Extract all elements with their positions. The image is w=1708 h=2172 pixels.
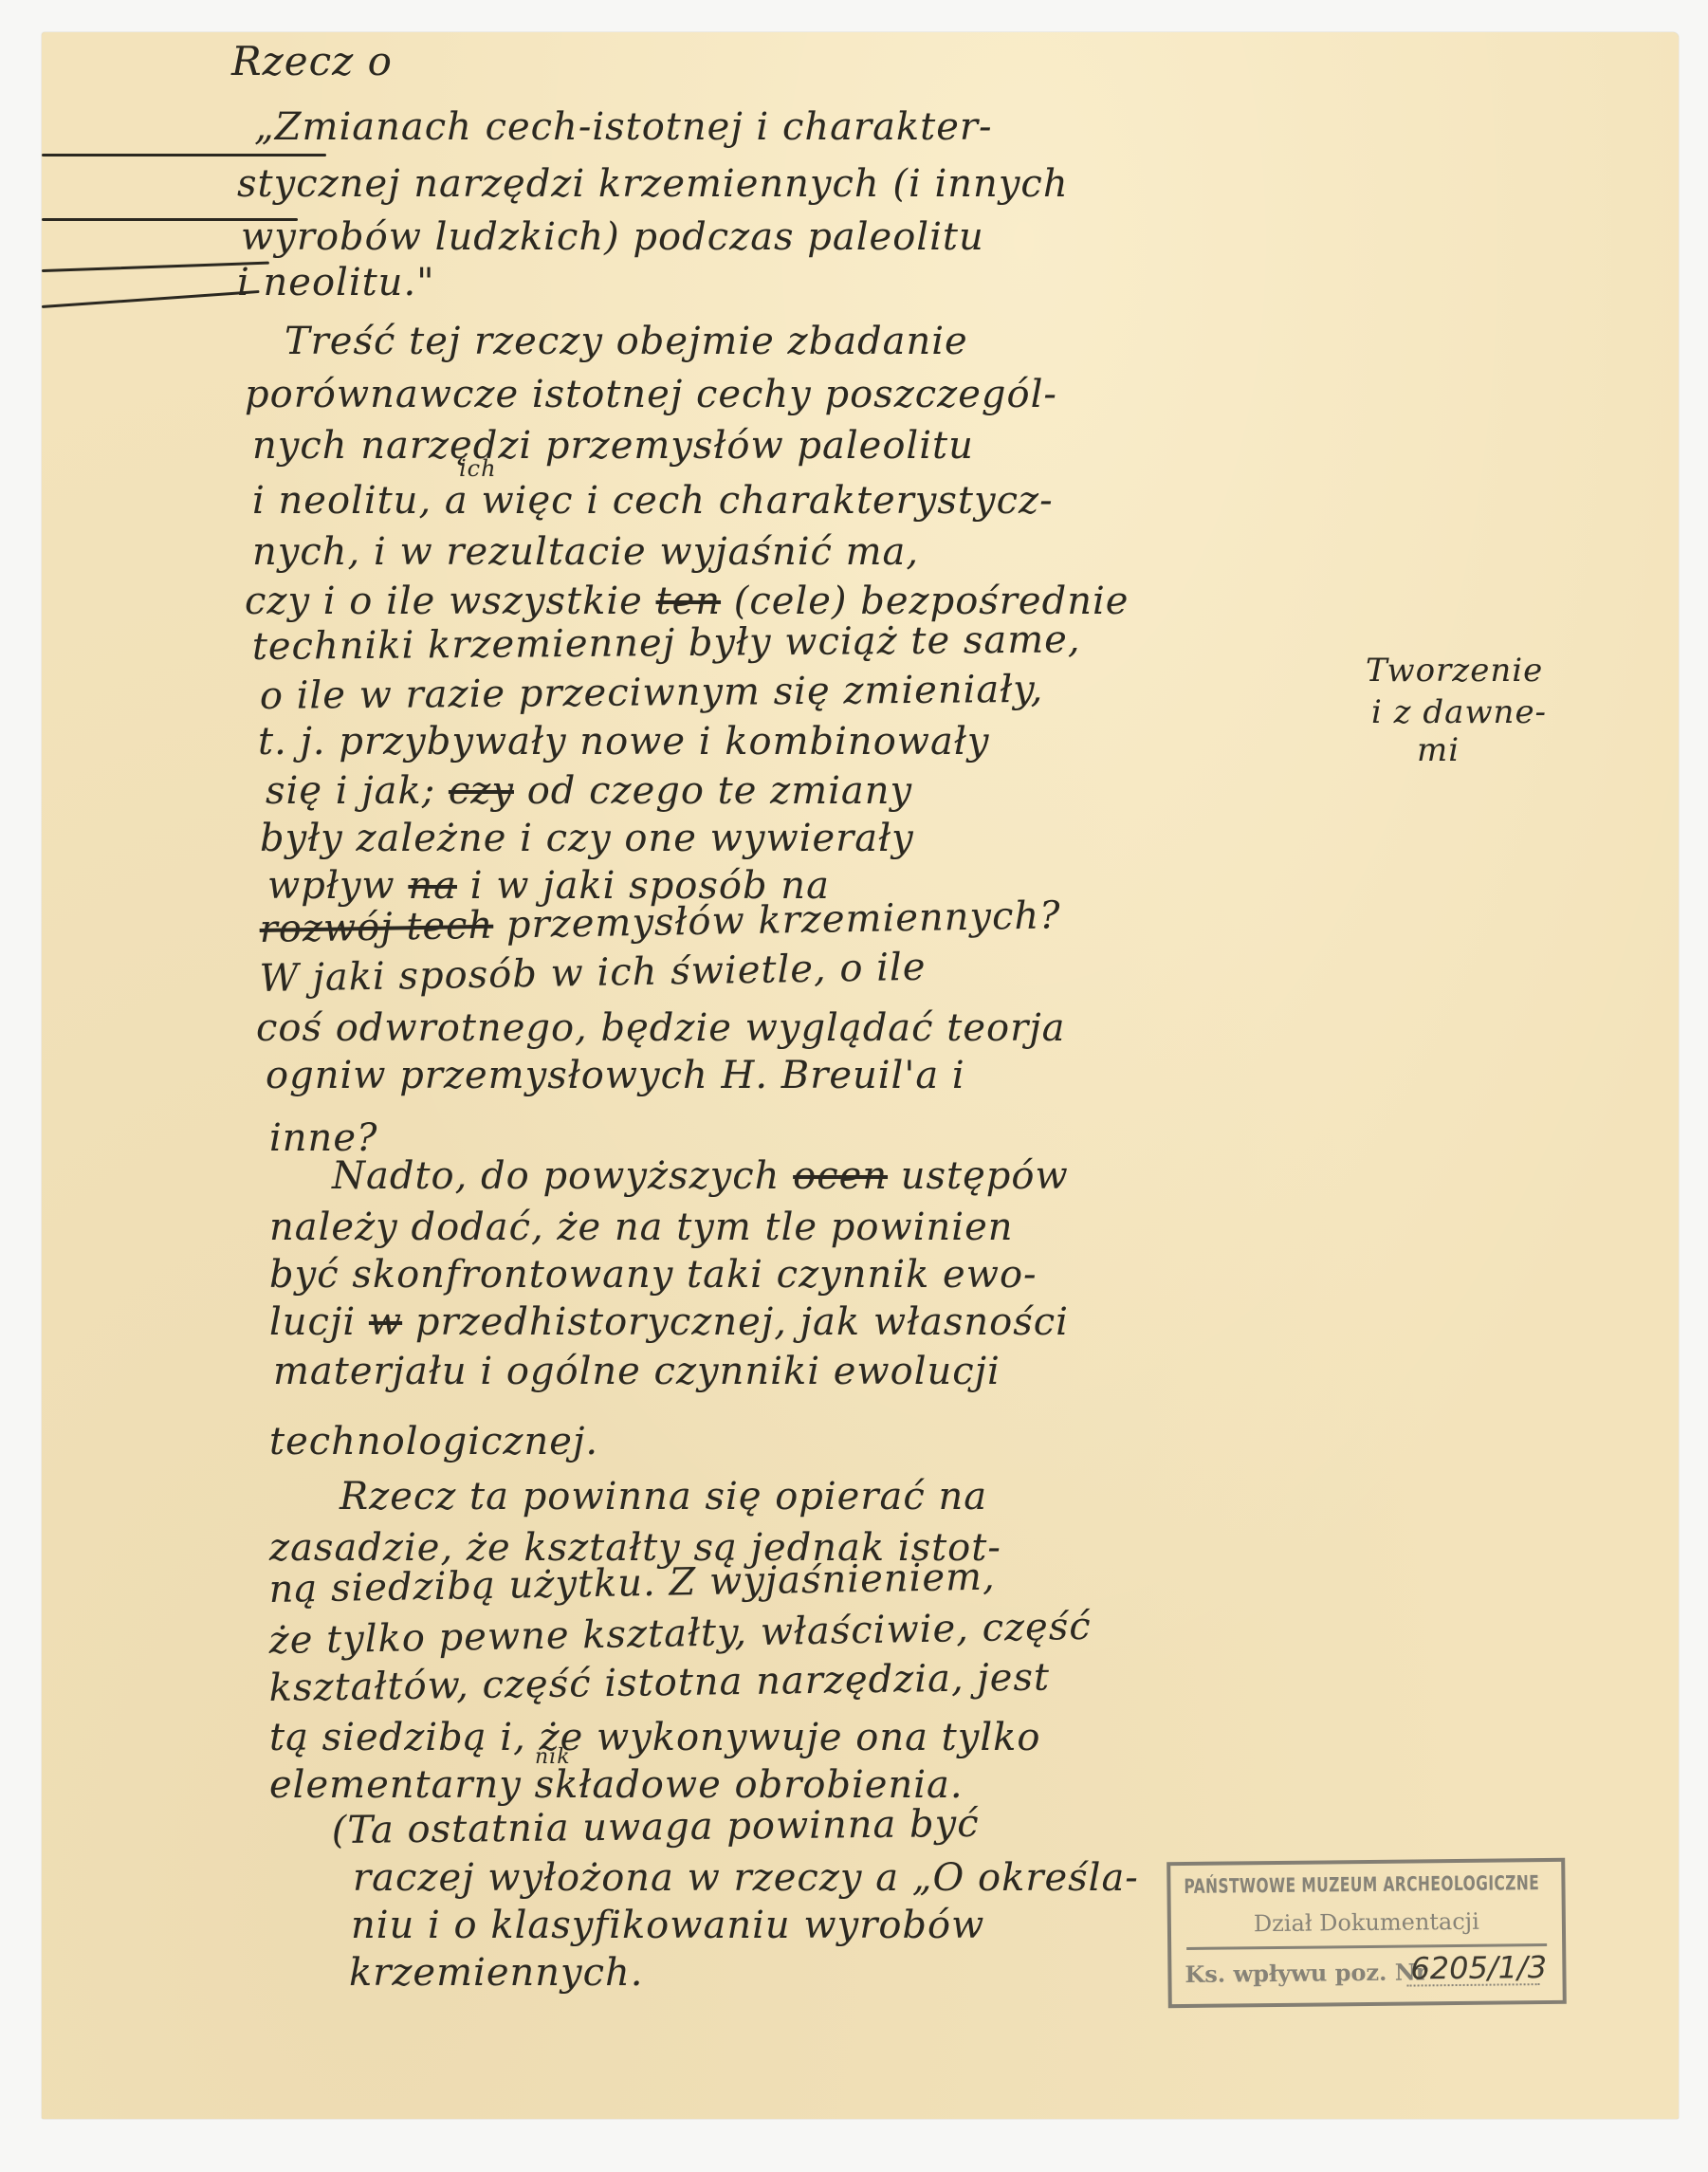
title-line-1: „Zmianach cech-istotnej i charakter- bbox=[254, 108, 993, 146]
body-line: t. j. przybywały nowe i kombinowały bbox=[258, 723, 989, 761]
struck-word: ocen bbox=[793, 1154, 888, 1198]
heading-label: Rzecz o bbox=[231, 42, 393, 82]
body-line: lucji w przedhistorycznej, jak własności bbox=[269, 1303, 1069, 1341]
insertion-mark: nik bbox=[535, 1747, 571, 1768]
stamp-institution: PAŃSTWOWE MUZEUM ARCHEOLOGICZNE bbox=[1184, 1871, 1539, 1898]
body-line: inne? bbox=[269, 1119, 377, 1157]
stamp-register-label: Ks. wpływu poz. Nr bbox=[1185, 1958, 1427, 1988]
body-line: krzemiennych. bbox=[349, 1954, 644, 1992]
body-line: się i jak; czy od czego te zmiany bbox=[266, 772, 912, 810]
body-line: niu i o klasyfikowaniu wyrobów bbox=[351, 1906, 984, 1944]
struck-word: ten bbox=[656, 580, 722, 623]
body-line: raczej wyłożona w rzeczy a „O określa- bbox=[353, 1859, 1139, 1897]
body-line: porównawcze istotnej cechy poszczegól- bbox=[245, 376, 1057, 414]
archive-stamp: PAŃSTWOWE MUZEUM ARCHEOLOGICZNE Dział Do… bbox=[1166, 1858, 1567, 2008]
body-line: ogniw przemysłowych H. Breuil'a i bbox=[266, 1057, 965, 1095]
title-underline bbox=[42, 154, 326, 156]
title-line-3: wyrobów ludzkich) podczas paleolitu bbox=[241, 218, 984, 256]
title-line-4: i neolitu." bbox=[237, 264, 435, 302]
body-line: tą siedzibą i, że wykonywuje ona tylko bbox=[269, 1719, 1040, 1757]
margin-note-line: i z dawne- bbox=[1371, 696, 1547, 728]
struck-word: rozwój tech bbox=[259, 904, 493, 951]
body-line: i neolitu, a więc i cech charakterystycz… bbox=[252, 482, 1054, 520]
body-line: o ile w razie przeciwnym się zmieniały, bbox=[260, 671, 1044, 715]
body-line: technologicznej. bbox=[269, 1423, 598, 1461]
insertion-mark: ich bbox=[459, 457, 497, 480]
manuscript-page: Rzecz o „Zmianach cech-istotnej i charak… bbox=[42, 32, 1679, 2119]
body-line: nych narzędzi przemysłów paleolitu bbox=[252, 427, 974, 465]
body-line: W jaki sposób w ich świetle, o ile bbox=[259, 948, 926, 998]
struck-word: na bbox=[408, 864, 457, 908]
body-line: (Ta ostatnia uwaga powinna być bbox=[332, 1805, 980, 1850]
margin-note-line: mi bbox=[1417, 734, 1460, 766]
body-line: Rzecz ta powinna się opierać na bbox=[340, 1478, 987, 1516]
body-line: ną siedzibą użytku. Z wyjaśnieniem, bbox=[268, 1558, 996, 1609]
body-line: należy dodać, że na tym tle powinien bbox=[269, 1208, 1014, 1246]
title-underline bbox=[42, 262, 269, 272]
body-line: kształtów, część istotna narzędzia, jest bbox=[268, 1659, 1050, 1707]
body-line: że tylko pewne kształty, właściwie, częś… bbox=[268, 1608, 1092, 1660]
body-line: Treść tej rzeczy obejmie zbadanie bbox=[285, 322, 968, 360]
body-line: być skonfrontowany taki czynnik ewo- bbox=[269, 1256, 1038, 1294]
title-line-2: stycznej narzędzi krzemiennych (i innych bbox=[237, 165, 1069, 203]
body-line: były zależne i czy one wywierały bbox=[260, 819, 914, 857]
struck-word: w bbox=[369, 1300, 402, 1344]
body-line: Nadto, do powyższych ocen ustępów bbox=[332, 1157, 1069, 1195]
body-line: czy i o ile wszystkie ten (cele) bezpośr… bbox=[245, 582, 1129, 620]
struck-word: czy bbox=[449, 769, 514, 813]
body-line: elementarny składowe obrobienia. bbox=[269, 1766, 964, 1804]
title-underline bbox=[42, 290, 260, 308]
body-line: materjału i ogólne czynniki ewolucji bbox=[273, 1353, 1001, 1390]
body-line: coś odwrotnego, będzie wyglądać teorja bbox=[256, 1009, 1065, 1047]
body-line: techniki krzemiennej były wciąż te same, bbox=[252, 620, 1081, 666]
stamp-register-number: 6205/1/3 bbox=[1410, 1949, 1547, 1987]
stamp-department: Dział Dokumentacji bbox=[1171, 1907, 1562, 1938]
body-line: nych, i w rezultacie wyjaśnić ma, bbox=[252, 533, 919, 571]
margin-note-line: Tworzenie bbox=[1366, 654, 1543, 687]
